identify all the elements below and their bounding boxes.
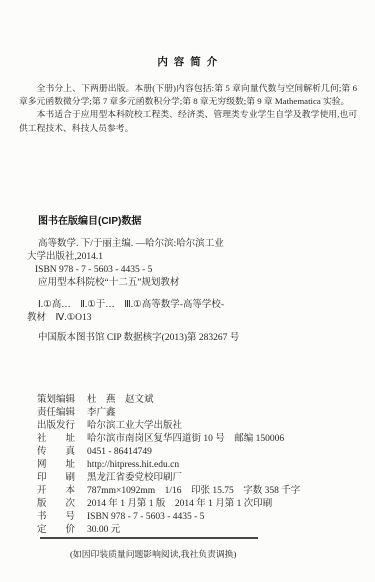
cip-classification-line-2: 教材 Ⅳ.①O13: [27, 312, 349, 325]
pub-label: 策划编辑: [37, 394, 80, 407]
pub-value: 30.00 元: [87, 525, 120, 535]
cip-series-title: 应用型本科院校“十二五”规划教材: [38, 277, 349, 290]
pub-label: 书 号: [37, 511, 80, 524]
cip-isbn: ISBN 978 - 7 - 5603 - 4435 - 5: [35, 264, 349, 277]
pub-row-address: 社 址哈尔滨市南岗区复华四道街 10 号 邮编 150006: [37, 433, 367, 446]
publication-info-section: 策划编辑杜 燕 赵文斌 责任编辑李广鑫 出版发行哈尔滨工业大学出版社 社 址哈尔…: [37, 394, 367, 537]
pub-row-publisher: 出版发行哈尔滨工业大学出版社: [37, 420, 367, 433]
pub-label: 社 址: [37, 433, 80, 446]
pub-row-printer: 印 刷黑龙江省委党校印刷厂: [37, 472, 367, 485]
cip-entry-line-1: 高等数学. 下/于丽主编. —哈尔滨:哈尔滨工业: [38, 238, 349, 251]
pub-value: 哈尔滨工业大学出版社: [87, 421, 182, 431]
pub-value: 哈尔滨市南岗区复华四道街 10 号 邮编 150006: [87, 434, 284, 444]
cip-classification-line-1: Ⅰ.①高… Ⅱ.①于… Ⅲ.①高等数学-高等学校-: [38, 299, 349, 312]
cip-entry-line-2: 大学出版社,2014.1: [27, 251, 349, 264]
pub-row-price: 定 价30.00 元: [37, 524, 367, 537]
content-summary-paragraph-1: 全书分上、下两册出版。本册(下册)内容包括:第 5 章向量代数与空间解析几何;第…: [19, 82, 357, 108]
pub-value: 杜 燕 赵文斌: [87, 395, 154, 405]
pub-row-format: 开 本787mm×1092mm 1/16 印张 15.75 字数 358 千字: [37, 485, 367, 498]
pub-label: 开 本: [37, 485, 80, 498]
pub-row-book-number: 书 号ISBN 978 - 7 - 5603 - 4435 - 5: [37, 511, 367, 524]
pub-row-fax: 传 真0451 - 86414749: [37, 446, 367, 459]
pub-value: ISBN 978 - 7 - 5603 - 4435 - 5: [87, 512, 204, 522]
pub-row-responsible-editor: 责任编辑李广鑫: [37, 407, 367, 420]
content-summary-section: 内 容 简 介 全书分上、下两册出版。本册(下册)内容包括:第 5 章向量代数与…: [19, 54, 357, 135]
content-summary-title: 内 容 简 介: [19, 54, 357, 69]
pub-label: 责任编辑: [37, 407, 80, 420]
pub-row-planning-editor: 策划编辑杜 燕 赵文斌: [37, 394, 367, 407]
pub-value: 0451 - 86414749: [87, 447, 152, 457]
pub-value: 李广鑫: [87, 408, 116, 418]
pub-label: 传 真: [37, 446, 80, 459]
reprint-exchange-note: (如因印装质量问题影响阅读,我社负责调换): [70, 547, 236, 560]
pub-value: 787mm×1092mm 1/16 印张 15.75 字数 358 千字: [87, 486, 300, 496]
pub-row-edition: 版 次2014 年 1 月第 1 版 2014 年 1 月第 1 次印刷: [37, 498, 367, 511]
content-summary-paragraph-2: 本书适合于应用型本科院校工程类、经济类、管理类专业学生自学及教学使用,也可供工程…: [19, 108, 357, 134]
divider-line: [40, 537, 258, 539]
cip-data-section: 图书在版编目(CIP)数据 高等数学. 下/于丽主编. —哈尔滨:哈尔滨工业 大…: [27, 215, 349, 345]
pub-label: 出版发行: [37, 420, 80, 433]
pub-label: 网 址: [37, 459, 80, 472]
pub-value: 黑龙江省委党校印刷厂: [87, 473, 182, 483]
pub-label: 定 价: [37, 524, 80, 537]
pub-label: 印 刷: [37, 472, 80, 485]
book-copyright-page: 内 容 简 介 全书分上、下两册出版。本册(下册)内容包括:第 5 章向量代数与…: [0, 0, 375, 582]
cip-record-number: 中国版本图书馆 CIP 数据核字(2013)第 283267 号: [38, 332, 349, 345]
pub-row-website: 网 址http://hitpress.hit.edu.cn: [37, 459, 367, 472]
pub-label: 版 次: [37, 498, 80, 511]
pub-value: 2014 年 1 月第 1 版 2014 年 1 月第 1 次印刷: [87, 499, 272, 509]
pub-value: http://hitpress.hit.edu.cn: [87, 460, 179, 470]
cip-header: 图书在版编目(CIP)数据: [38, 215, 349, 228]
